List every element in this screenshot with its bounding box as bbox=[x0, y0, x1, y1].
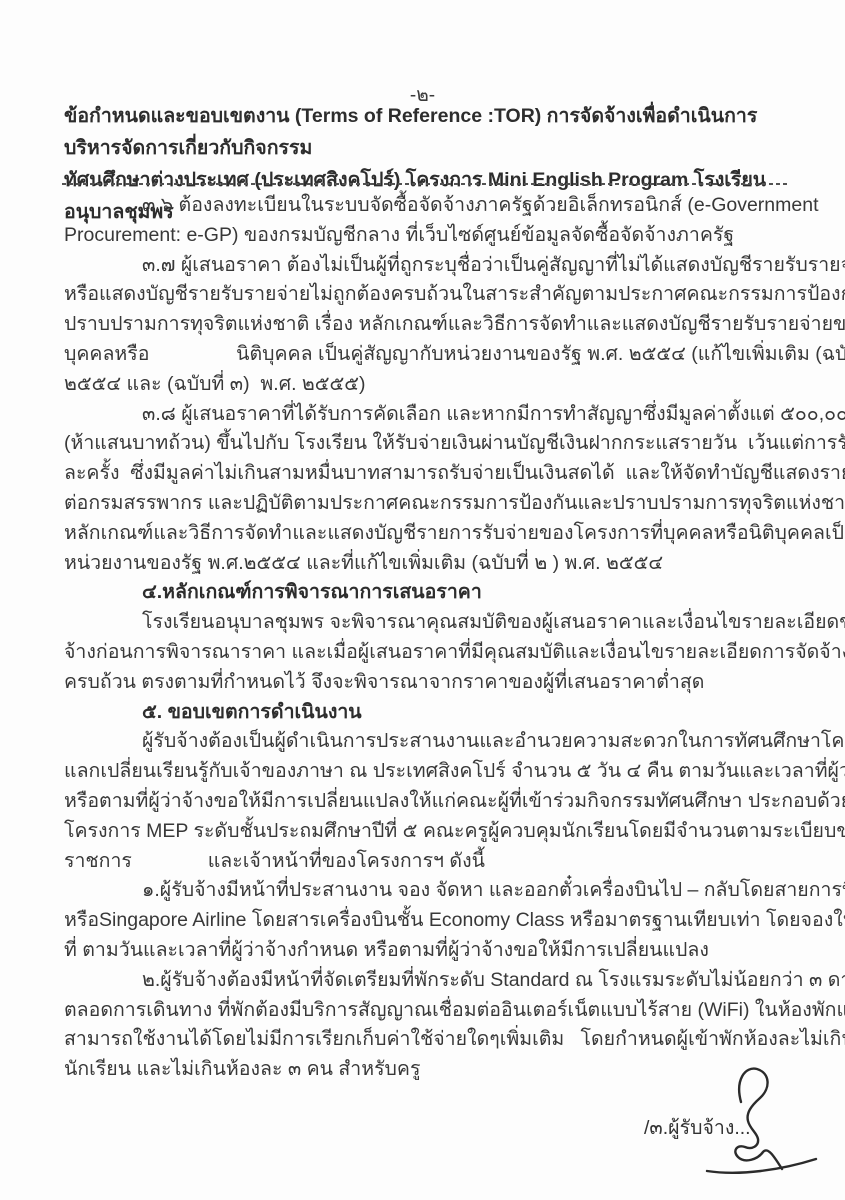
section-heading: ๕. ขอบเขตการดำเนินงาน bbox=[64, 698, 796, 728]
document-line: ๒๕๕๔ และ (ฉบับที่ ๓) พ.ศ. ๒๕๕๕) bbox=[64, 370, 796, 400]
section-heading: ๔.หลักเกณฑ์การพิจารณาการเสนอราคา bbox=[64, 578, 796, 608]
document-line: หลักเกณฑ์และวิธีการจัดทำและแสดงบัญชีรายก… bbox=[64, 519, 796, 549]
document-line: หรือSingapore Airline โดยสารเครื่องบินชั… bbox=[64, 906, 796, 936]
document-line: ต่อกรมสรรพากร และปฏิบัติตามประกาศคณะกรรม… bbox=[64, 489, 796, 519]
document-line: หรือตามที่ผู้ว่าจ้างขอให้มีการเปลี่ยนแปล… bbox=[64, 787, 796, 817]
document-line: โครงการ MEP ระดับชั้นประถมศึกษาปีที่ ๕ ค… bbox=[64, 817, 796, 847]
document-line: ราชการ และเจ้าหน้าที่ของโครงการฯ ดังนี้ bbox=[64, 847, 796, 877]
document-line: หน่วยงานของรัฐ พ.ศ.๒๕๕๔ และที่แก้ไขเพิ่ม… bbox=[64, 549, 796, 579]
document-line: จ้างก่อนการพิจารณาราคา และเมื่อผู้เสนอรา… bbox=[64, 638, 796, 668]
document-title-line1: ข้อกำหนดและขอบเขตงาน (Terms of Reference… bbox=[64, 100, 792, 164]
document-line: ๑.ผู้รับจ้างมีหน้าที่ประสานงาน จอง จัดหา… bbox=[64, 876, 796, 906]
document-page: -๒- ข้อกำหนดและขอบเขตงาน (Terms of Refer… bbox=[0, 0, 845, 1200]
document-line: ผู้รับจ้างต้องเป็นผู้ดำเนินการประสานงานแ… bbox=[64, 727, 796, 757]
document-line: ๓.๗ ผู้เสนอราคา ต้องไม่เป็นผู้ที่ถูกระบุ… bbox=[64, 251, 796, 281]
document-line: บุคคลหรือ นิติบุคคล เป็นคู่สัญญากับหน่วย… bbox=[64, 340, 796, 370]
document-line: ที่ ตามวันและเวลาที่ผู้ว่าจ้างกำหนด หรือ… bbox=[64, 936, 796, 966]
document-line: ๒.ผู้รับจ้างต้องมีหน้าที่จัดเตรียมที่พัก… bbox=[64, 966, 796, 996]
document-line: ๓.๖ ต้องลงทะเบียนในระบบจัดซื้อจัดจ้างภาค… bbox=[64, 191, 796, 221]
document-line: โรงเรียนอนุบาลชุมพร จะพิจารณาคุณสมบัติขอ… bbox=[64, 608, 796, 638]
document-line: ปราบปรามการทุจริตแห่งชาติ เรื่อง หลักเกณ… bbox=[64, 310, 796, 340]
dashed-divider bbox=[62, 183, 790, 185]
document-line: ครบถ้วน ตรงตามที่กำหนดไว้ จึงจะพิจารณาจา… bbox=[64, 668, 796, 698]
document-line: ๓.๘ ผู้เสนอราคาที่ได้รับการคัดเลือก และห… bbox=[64, 400, 796, 430]
document-line: Procurement: e-GP) ของกรมบัญชีกลาง ที่เว… bbox=[64, 221, 796, 251]
document-line: (ห้าแสนบาทถ้วน) ขึ้นไปกับ โรงเรียน ให้รั… bbox=[64, 429, 796, 459]
document-line: แลกเปลี่ยนเรียนรู้กับเจ้าของภาษา ณ ประเท… bbox=[64, 757, 796, 787]
document-line: ละครั้ง ซึ่งมีมูลค่าไม่เกินสามหมื่นบาทสา… bbox=[64, 459, 796, 489]
document-body: ๓.๖ ต้องลงทะเบียนในระบบจัดซื้อจัดจ้างภาค… bbox=[64, 191, 796, 1085]
document-line: หรือแสดงบัญชีรายรับรายจ่ายไม่ถูกต้องครบถ… bbox=[64, 280, 796, 310]
document-line: ตลอดการเดินทาง ที่พักต้องมีบริการสัญญาณเ… bbox=[64, 996, 796, 1026]
document-line: สามารถใช้งานได้โดยไม่มีการเรียกเก็บค่าใช… bbox=[64, 1025, 796, 1055]
handwritten-signature-icon bbox=[685, 1058, 835, 1193]
